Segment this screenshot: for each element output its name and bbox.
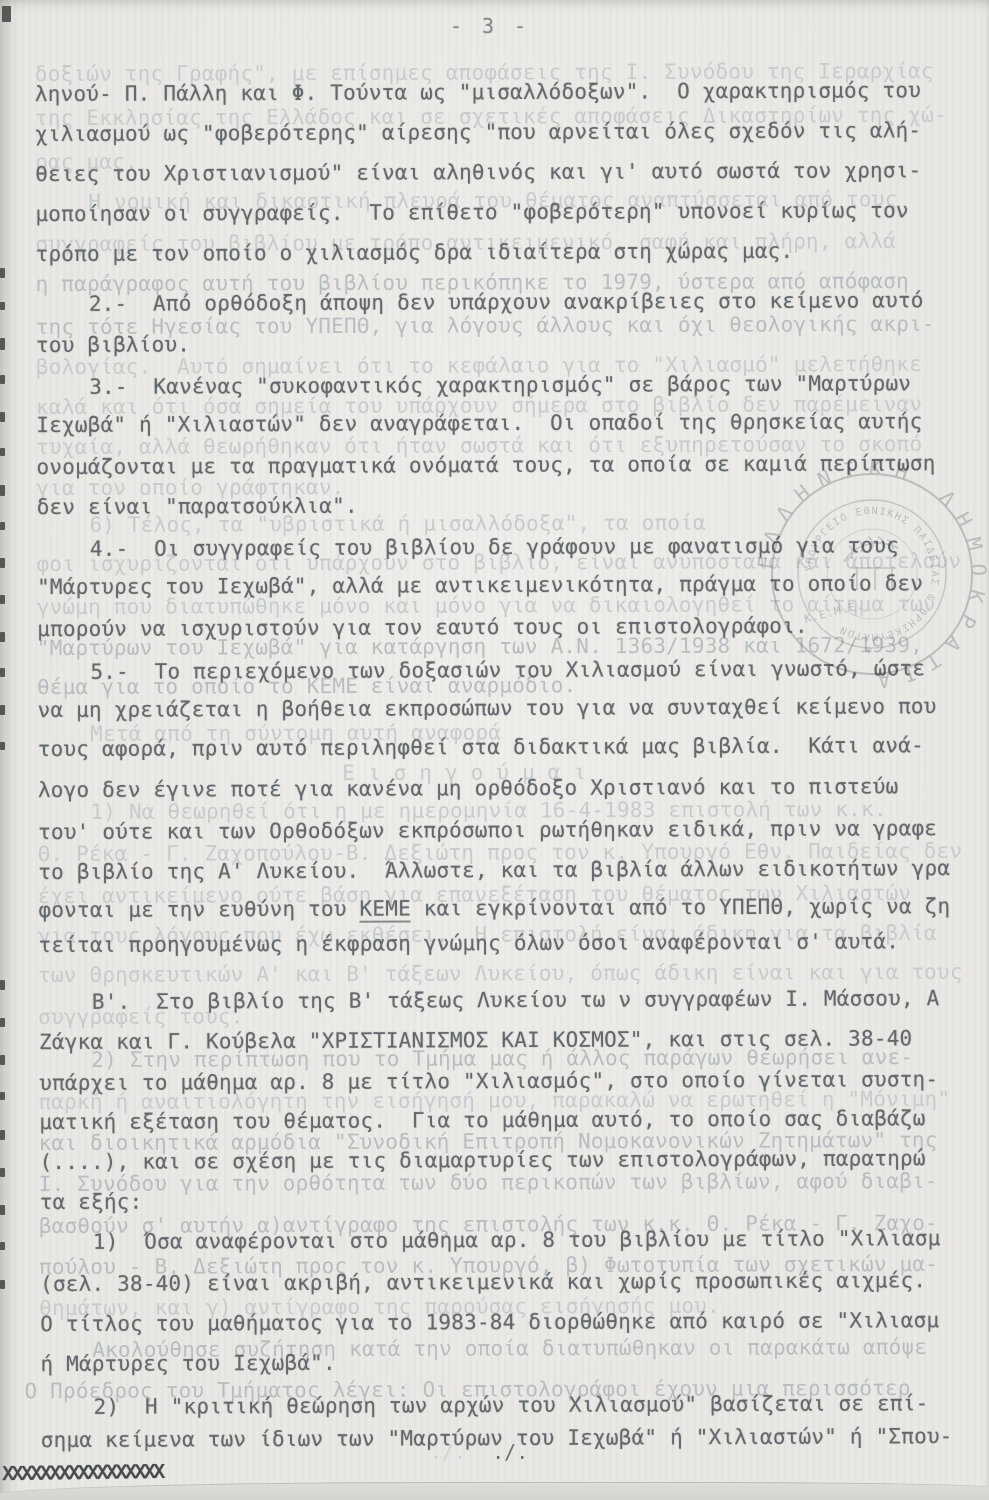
page-bottom-edge [0,1482,989,1500]
typed-line: το βιβλίο της Α' Λυκείου. Άλλωστε, και τ… [38,856,950,884]
scan-artifact [0,558,5,568]
scan-artifact [0,448,5,456]
typed-line: φονται με την ευθύνη του ΚΕΜΕ και εγκρίν… [38,894,950,922]
scan-artifact [0,1242,5,1250]
typed-line: τα εξής: [40,1190,143,1214]
scan-artifact [0,412,5,422]
scan-artifact [0,742,5,750]
typed-line: τους αφορά, πριν αυτό περιληφθεί στα διδ… [38,733,924,761]
scan-artifact [0,980,5,990]
continuation-marks: ./../. [430,1440,528,1464]
typed-line: Ζάγκα και Γ. Κούβελα "ΧΡΙΣΤΙΑΝΙΣΜΟΣ ΚΑΙ … [39,1026,912,1054]
scan-artifact [0,595,5,604]
scan-artifact [0,1130,5,1140]
scan-artifact [0,1055,5,1065]
typed-line: χιλιασμού ως "φοβερότερης" αίρεσης "που … [35,118,921,146]
scan-artifact [0,522,5,530]
scan-artifact [0,302,5,310]
typed-line: ληνού- Π. Πάλλη και Φ. Τούντα ως "μισαλλ… [35,78,921,106]
scan-artifact [0,1092,5,1100]
typed-text-layer: ληνού- Π. Πάλλη και Φ. Τούντα ως "μισαλλ… [0,0,989,1500]
official-round-stamp: ΕΛΛΗΝΙΚΗ ΔΗΜΟΚΡΑΤΙΑ ΥΠΟΥΡΓΕΙΟ ΕΘΝΙΚΗΣ ΠΑ… [756,458,988,690]
typed-line: (....), και σε σχέση με τις διαμαρτυρίες… [39,1146,925,1174]
typed-line: δεν είναι "παρατσούκλια". [37,494,358,519]
scan-artifact [0,375,5,384]
typed-line: Ο τίτλος του μαθήματος για το 1983-84 δι… [40,1308,939,1336]
scan-artifact [0,1018,5,1027]
crossed-out-text: ΧΧΧΧΧΧΧΧΧΧΧΧΧΧΧΧΧ [2,1461,163,1485]
typed-line: του βιβλίου. [36,332,190,357]
typed-line: του' ούτε και των Ορθοδόξων εκπρόσωποι ρ… [38,816,937,844]
stamp-keme-text: Κ.Ε.Μ.Ε. [803,598,865,625]
stamp-inner-ring-text: ΥΠΟΥΡΓΕΙΟ ΕΘΝΙΚΗΣ ΠΑΙΔΕΙΑΣ & ΘΡΗΣΚΕΥΜΑΤΩ… [804,506,940,642]
typed-line: τείται προηγουμένως η έκφραση γνώμης όλω… [39,929,900,957]
scan-artifact [0,632,5,642]
continuation-mark-faint: ./. [430,1440,466,1464]
typed-line: λογο δεν έγινε ποτέ για κανένα μη ορθόδο… [38,774,899,802]
scan-artifact [0,668,5,677]
scanned-document-page: - 3 - δοξιών της Γραφής", με επίσημες απ… [0,0,989,1500]
scan-artifact [0,705,5,715]
typed-line: 3.- Κανένας "συκοφαντικός χαρακτηρισμός"… [89,371,911,399]
typed-line: μπορούν να ισχυριστούν για τον εαυτό του… [37,614,808,641]
typed-line: υπάρχει το μάθημα αρ. 8 με τίτλο "Χιλιασ… [39,1067,938,1095]
scan-artifact [0,1205,5,1215]
typed-line: Β'. Στο βιβλίο της Β' τάξεως Λυκείου τω … [92,986,940,1014]
typed-line: θειες του Χριστιανισμού" είναι αληθινός … [35,158,921,186]
stamp-middle-circle [798,500,946,648]
scan-artifact [0,1280,5,1289]
typed-line: 2.- Από ορθόδοξη άποψη δεν υπάρχουν ανακ… [89,288,924,316]
stamp-asterisk: * [864,643,874,662]
scan-artifact [0,268,5,278]
typed-line: να μη χρειάζεται η βοήθεια εκπροσώπων το… [38,694,937,722]
scan-artifact [0,1168,5,1177]
typed-line: 2) Η "κριτική θεώρηση των αρχών του Χιλι… [94,1391,929,1419]
typed-line: Ιεχωβά" ή "Χιλιαστών" δεν αναγράφεται. Ο… [36,409,922,437]
scan-artifact [0,338,5,350]
typed-line: ματική εξέταση του θέματος. Για το μάθημ… [39,1106,925,1134]
stamp-center-emblem [844,537,898,590]
scan-artifact [0,485,5,496]
typed-line: μοποίησαν οι συγγραφείς. Το επίθετο "φοβ… [35,198,908,226]
scan-artifact [2,6,11,22]
typed-line: τρόπο με τον οποίο ο χιλιασμός δρα ιδιαί… [36,239,794,266]
continuation-mark-dark: ./. [492,1440,528,1464]
typed-line: (σελ. 38-40) είναι ακριβή, αντικειμενικά… [40,1268,926,1296]
typed-line: 1) Όσα αναφέρονται στο μάθημα αρ. 8 του … [93,1226,941,1254]
typed-line: ή Μάρτυρες του Ιεχωβά". [40,1351,335,1376]
